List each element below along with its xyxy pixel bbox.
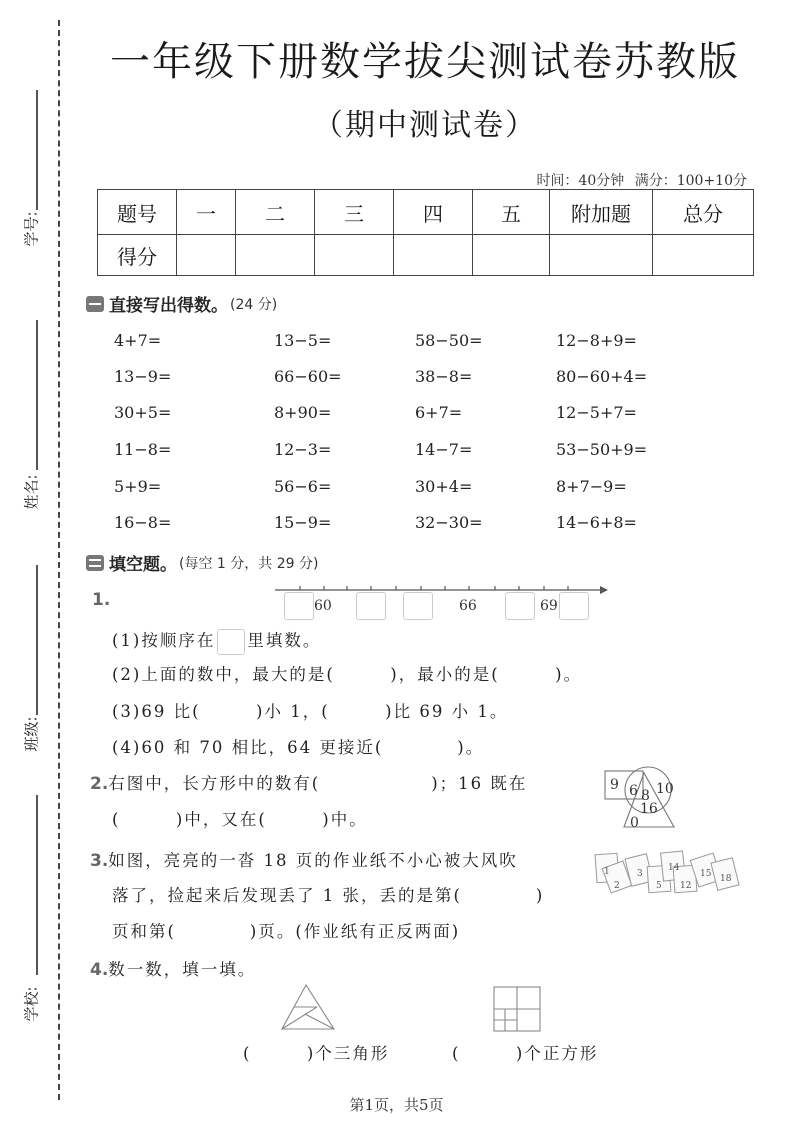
square-count-caption: ( )个正方形 (452, 1040, 598, 1064)
student-id-line[interactable] (36, 90, 38, 210)
svg-text:2: 2 (614, 881, 620, 891)
svg-text:9: 9 (610, 777, 619, 793)
section-one-icon (86, 296, 104, 312)
header-cell: 题号 (98, 190, 177, 235)
calc-item: 80−60+4= (556, 367, 647, 386)
calc-item: 66−60= (274, 367, 342, 386)
exam-meta: 时间：40分钟 满分：100+10分 (536, 170, 747, 190)
number-line-answer-box[interactable] (403, 592, 433, 620)
calc-item: 38−8= (415, 367, 472, 386)
page-title: 一年级下册数学拔尖测试卷苏教版 (100, 30, 750, 87)
calc-item: 12−5+7= (556, 403, 637, 422)
venn-figure: 9 6 8 10 16 0 (600, 765, 685, 835)
q3-line1: 3.如图，亮亮的一沓 18 页的作业纸不小心被大风吹 (90, 847, 518, 871)
binding-dashed-line (58, 20, 60, 1100)
full-score: 满分：100+10分 (635, 173, 747, 189)
page-subtitle: （期中测试卷） (100, 100, 750, 144)
svg-text:18: 18 (720, 874, 732, 884)
score-row-label: 得分 (98, 235, 177, 276)
calc-item: 12−8+9= (556, 331, 637, 350)
class-line[interactable] (36, 565, 38, 715)
calc-item: 58−50= (415, 331, 483, 350)
calc-item: 16−8= (114, 513, 171, 532)
student-id-label: 学号: (21, 225, 42, 247)
section-two-icon (86, 555, 104, 571)
section1-header: 直接写出得数。 (24 分) (86, 291, 277, 316)
header-cell: 五 (473, 190, 550, 235)
section1-points: (24 分) (230, 294, 277, 314)
name-label: 姓名: (21, 488, 42, 510)
score-cell[interactable] (394, 235, 473, 276)
page-footer: 第1页，共5页 (0, 1094, 793, 1115)
q1-part3: (3)69 比( )小 1，( )比 69 小 1。 (112, 698, 508, 722)
svg-text:14: 14 (668, 863, 680, 873)
number-line-label: 69 (540, 598, 558, 614)
number-line-label: 60 (314, 598, 332, 614)
score-cell[interactable] (550, 235, 653, 276)
header-cell: 二 (236, 190, 315, 235)
score-cell[interactable] (177, 235, 236, 276)
header-cell: 三 (315, 190, 394, 235)
calc-item: 56−6= (274, 477, 331, 496)
calc-item: 12−3= (274, 440, 331, 459)
calc-item: 30+4= (415, 477, 472, 496)
calc-item: 8+7−9= (556, 477, 627, 496)
calc-item: 11−8= (114, 440, 171, 459)
calc-item: 32−30= (415, 513, 483, 532)
svg-text:3: 3 (637, 869, 643, 879)
number-line-label: 66 (459, 598, 477, 614)
calc-item: 13−9= (114, 367, 171, 386)
calc-item: 14−7= (415, 440, 472, 459)
q4-title: 4.数一数，填一填。 (90, 956, 256, 980)
svg-text:16: 16 (640, 801, 658, 817)
squares-figure (492, 985, 544, 1033)
svg-text:15: 15 (700, 869, 712, 879)
svg-text:5: 5 (656, 881, 662, 891)
section2-header: 填空题。 (每空 1 分，共 29 分) (86, 550, 318, 575)
score-cell[interactable] (473, 235, 550, 276)
triangle-figure (278, 983, 338, 1033)
score-table: 题号 一 二 三 四 五 附加题 总分 得分 (97, 189, 754, 276)
header-cell: 四 (394, 190, 473, 235)
score-table-header-row: 题号 一 二 三 四 五 附加题 总分 (98, 190, 754, 235)
score-cell[interactable] (236, 235, 315, 276)
number-line-answer-box[interactable] (559, 592, 589, 620)
score-table-score-row: 得分 (98, 235, 754, 276)
number-line-answer-box[interactable] (505, 592, 535, 620)
q3-line2: 落了，捡起来后发现丢了 1 张，丢的是第( ) (112, 882, 544, 906)
q1-part1: (1)按顺序在里填数。 (112, 627, 321, 655)
svg-text:10: 10 (656, 781, 674, 797)
q2-line1: 2.右图中，长方形中的数有( )；16 既在 (90, 770, 527, 794)
svg-text:1: 1 (604, 867, 610, 877)
section2-title: 填空题。 (109, 550, 177, 575)
number-line-answer-box[interactable] (284, 592, 314, 620)
school-line[interactable] (36, 795, 38, 975)
time-limit: 时间：40分钟 (536, 173, 624, 189)
score-cell[interactable] (653, 235, 754, 276)
number-line-answer-box[interactable] (356, 592, 386, 620)
q1-number: 1. (92, 590, 110, 610)
q2-line2: ( )中，又在( )中。 (112, 806, 368, 830)
header-cell: 一 (177, 190, 236, 235)
class-label: 班级: (21, 730, 42, 752)
score-cell[interactable] (315, 235, 394, 276)
q1-part2: (2)上面的数中，最大的是( )，最小的是( )。 (112, 661, 582, 685)
triangle-count-caption: ( )个三角形 (243, 1040, 389, 1064)
calc-item: 4+7= (114, 331, 161, 350)
calc-item: 6+7= (415, 403, 462, 422)
scattered-pages-figure: 1 2 3 5 14 12 15 18 (592, 848, 767, 900)
calc-item: 8+90= (274, 403, 331, 422)
calc-item: 5+9= (114, 477, 161, 496)
q1-part4: (4)60 和 70 相比，64 更接近( )。 (112, 734, 484, 758)
section1-title: 直接写出得数。 (109, 291, 228, 316)
name-line[interactable] (36, 320, 38, 470)
q3-line3: 页和第( )页。(作业纸有正反两面) (112, 918, 460, 942)
school-label: 学校: (21, 1000, 42, 1022)
inline-box-icon (217, 629, 245, 655)
calc-item: 53−50+9= (556, 440, 647, 459)
header-cell: 附加题 (550, 190, 653, 235)
svg-text:6: 6 (629, 783, 638, 799)
calc-item: 30+5= (114, 403, 171, 422)
calc-item: 15−9= (274, 513, 331, 532)
section2-points: (每空 1 分，共 29 分) (179, 553, 318, 573)
calc-item: 13−5= (274, 331, 331, 350)
svg-text:12: 12 (680, 881, 691, 891)
header-cell: 总分 (653, 190, 754, 235)
svg-text:0: 0 (630, 815, 639, 831)
calc-item: 14−6+8= (556, 513, 637, 532)
